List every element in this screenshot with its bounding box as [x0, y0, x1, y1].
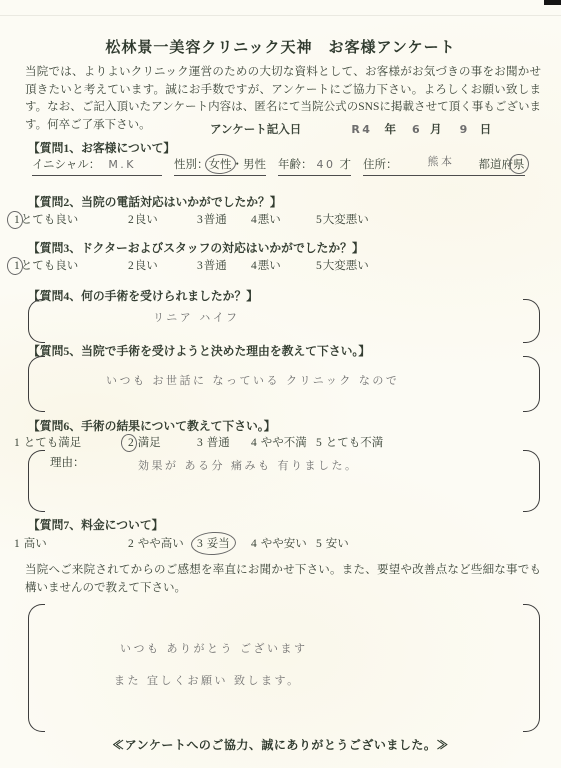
q6-option-4-num: 4 [251, 437, 257, 449]
question-6-heading: 【質問6、手術の結果について教えて下さい。】 [28, 417, 276, 434]
scan-artifact-line [0, 15, 561, 16]
q7-option-1-num: 1 [14, 538, 20, 550]
q7-option-5: 5安い [316, 535, 349, 551]
q2-option-1-label: とても良い [21, 214, 79, 226]
gender-label: 性別： [174, 159, 209, 171]
q7-option-1: 1高い [14, 535, 47, 551]
q7-option-5-label: 安い [326, 538, 349, 550]
q7-option-2-num: 2 [128, 538, 134, 550]
q2-option-2-num: 2 [128, 214, 134, 226]
q7-option-2: 2やや高い [128, 535, 184, 551]
question-2-options: 1とても良い 2良い 3普通 4悪い 5大変悪い [0, 211, 561, 228]
survey-date-year-unit: 年 [384, 121, 396, 137]
question-7-options: 1高い 2やや高い 3妥当 4やや安い 5安い [0, 535, 561, 552]
q6-option-5-label: とても不満 [326, 437, 384, 449]
q2-option-3-label: 普通 [204, 214, 227, 226]
q7-option-2-label: やや高い [138, 538, 184, 550]
q3-option-2-label: 良い [135, 260, 158, 272]
q6-option-1-num: 1 [14, 437, 20, 449]
q6-option-4-label: やや不満 [261, 437, 307, 449]
question-1-heading: 【質問1、お客様について】 [28, 139, 175, 156]
q3-option-3-num: 3 [197, 260, 203, 272]
survey-date-day-value: 9 [460, 123, 470, 136]
q6-option-5: 5とても不満 [316, 434, 383, 450]
feedback-answer-line2-handwritten: また 宜しくお願い 致します。 [114, 672, 301, 688]
q3-option-1-label: とても良い [21, 260, 79, 272]
q2-option-1: 1とても良い [14, 211, 78, 227]
q6-option-2-label: 満足 [138, 437, 161, 449]
q2-option-5-label: 大変悪い [323, 214, 369, 226]
age-field: 年齢：40才 [278, 156, 351, 176]
q2-option-5: 5大変悪い [316, 211, 369, 227]
feedback-answer-line1-handwritten: いつも ありがとう ございます [120, 640, 308, 656]
q3-selection-circle: 1 [14, 260, 20, 272]
q2-option-4-num: 4 [251, 214, 257, 226]
q7-option-4-label: やや安い [261, 538, 307, 550]
q3-option-3: 3普通 [197, 257, 227, 273]
survey-date-row: アンケート記入日 R4 年 6 月 9 日 [210, 121, 491, 137]
feedback-prompt: 当院へご来院されてからのご感想を率直にお聞かせ下さい。また、要望や改善点など些細… [25, 562, 541, 597]
q5-answer-box: いつも お世話に なっている クリニック なので [28, 356, 540, 412]
q3-option-5-label: 大変悪い [323, 260, 369, 272]
age-value-handwritten: 40 [317, 158, 336, 171]
initial-label: イニシャル： [32, 159, 100, 171]
age-label: 年齢： [278, 159, 313, 171]
address-field: 住所：熊本都道府県 [363, 156, 525, 176]
q6-option-3-label: 普通 [207, 437, 230, 449]
feedback-answer-box: いつも ありがとう ございます また 宜しくお願い 致します。 [28, 604, 540, 732]
q3-option-1: 1とても良い [14, 257, 78, 273]
address-label: 住所： [363, 159, 398, 171]
age-unit: 才 [340, 159, 352, 171]
q2-option-5-num: 5 [316, 214, 322, 226]
q7-selection-circle: 3 [197, 538, 203, 550]
q6-option-1: 1とても満足 [14, 434, 81, 450]
initial-field: イニシャル：M.K [32, 156, 162, 176]
q3-option-4-num: 4 [251, 260, 257, 272]
q7-option-4-num: 4 [251, 538, 257, 550]
q7-option-1-label: 高い [24, 538, 47, 550]
gender-field: 性別：女性・男性 [174, 156, 266, 176]
q6-option-4: 4やや不満 [251, 434, 307, 450]
question-7-heading: 【質問7、料金について】 [28, 516, 163, 533]
q6-option-2: 2満足 [128, 434, 161, 450]
q4-answer-box: リニア ハイフ [28, 299, 540, 343]
q3-option-5: 5大変悪い [316, 257, 369, 273]
q6-reason-box: 理由： 効果が ある分 痛みも 有りました。 [28, 450, 540, 512]
q2-option-3-num: 3 [197, 214, 203, 226]
closing-message: ≪アンケートへのご協力、誠にありがとうございました。≫ [0, 736, 561, 753]
q6-option-3: 3普通 [197, 434, 230, 450]
q6-option-5-num: 5 [316, 437, 322, 449]
q6-option-3-num: 3 [197, 437, 203, 449]
scan-artifact-corner [544, 0, 561, 5]
q3-option-5-num: 5 [316, 260, 322, 272]
q2-option-4: 4悪い [251, 211, 281, 227]
question-6-options: 1とても満足 2満足 3普通 4やや不満 5とても不満 [0, 434, 561, 451]
q7-option-4: 4やや安い [251, 535, 307, 551]
q7-option-3-circled: 3妥当 [197, 535, 230, 551]
question-3-options: 1とても良い 2良い 3普通 4悪い 5大変悪い [0, 257, 561, 274]
q3-option-2-num: 2 [128, 260, 134, 272]
initial-value-handwritten: M.K [108, 158, 162, 171]
q2-option-4-label: 悪い [258, 214, 281, 226]
q2-option-2: 2良い [128, 211, 158, 227]
q2-option-2-label: 良い [135, 214, 158, 226]
q6-option-1-label: とても満足 [24, 437, 82, 449]
question-2-heading: 【質問2、当院の電話対応はいかがでしたか？】 [28, 193, 282, 210]
address-prefecture-circled: 県 [513, 156, 525, 172]
survey-date-label: アンケート記入日 [210, 121, 301, 137]
q5-answer-handwritten: いつも お世話に なっている クリニック なので [106, 372, 399, 388]
gender-male-option: 男性 [243, 159, 266, 171]
gender-female-option-circled: 女性 [209, 156, 232, 172]
q3-option-4-label: 悪い [258, 260, 281, 272]
q2-selection-circle: 1 [14, 214, 20, 226]
q3-option-3-label: 普通 [204, 260, 227, 272]
q3-option-4: 4悪い [251, 257, 281, 273]
q6-reason-handwritten: 効果が ある分 痛みも 有りました。 [138, 457, 359, 473]
survey-date-year-value: R4 [351, 123, 372, 136]
q3-option-2: 2良い [128, 257, 158, 273]
q6-reason-label: 理由： [50, 454, 85, 470]
q6-selection-circle: 2 [128, 437, 134, 449]
q4-answer-handwritten: リニア ハイフ [153, 309, 239, 325]
address-suffix: 都道府 [479, 159, 514, 171]
address-value-handwritten: 熊本 [428, 155, 455, 168]
survey-date-day-unit: 日 [480, 121, 492, 137]
survey-date-month-unit: 月 [430, 121, 442, 137]
page-title: 松林景一美容クリニック天神 お客様アンケート [0, 36, 561, 57]
q7-option-3-label: 妥当 [207, 538, 230, 550]
survey-date-month-value: 6 [412, 123, 422, 136]
q2-option-3: 3普通 [197, 211, 227, 227]
q7-option-5-num: 5 [316, 538, 322, 550]
question-1-fields: イニシャル：M.K 性別：女性・男性 年齢：40才 住所：熊本都道府県 [32, 156, 525, 176]
question-3-heading: 【質問3、ドクターおよびスタッフの対応はいかがでしたか？】 [28, 239, 364, 256]
